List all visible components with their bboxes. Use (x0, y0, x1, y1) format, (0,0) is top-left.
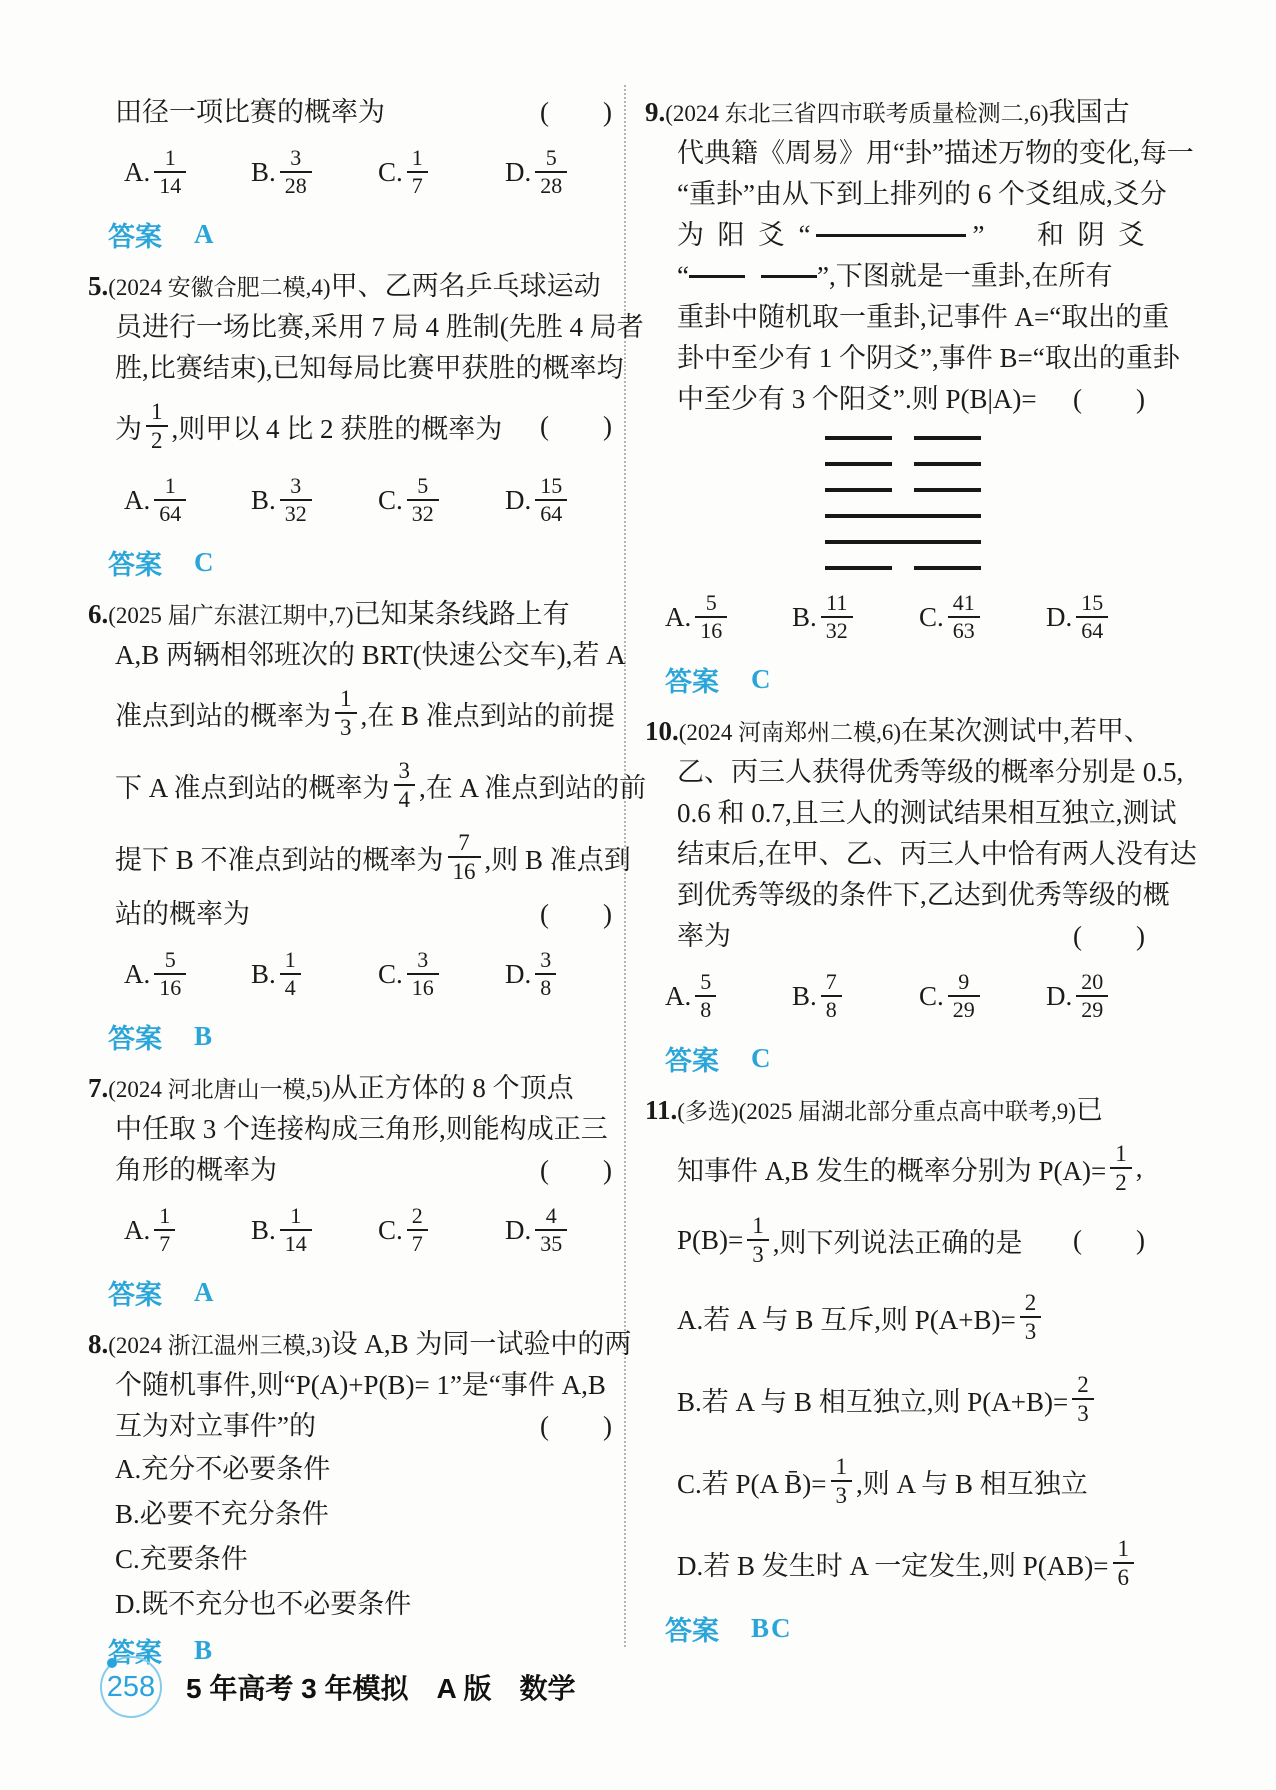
fraction: 532 (407, 473, 439, 527)
p5-option-a: A.164 (124, 473, 251, 527)
fraction: 1564 (1076, 590, 1108, 644)
p8-citation: (2024 浙江温州三模,3) (108, 1325, 330, 1366)
p5-option-d: D.1564 (505, 473, 571, 527)
p10-line-6: 率为() (645, 916, 1145, 957)
p11-option-a: A.若 A 与 B 互斥,则 P(A+B)=23 (645, 1277, 1145, 1357)
answer-label: 答案 (108, 543, 162, 582)
fraction: 516 (154, 947, 186, 1001)
book-subject: 数学 (519, 1667, 575, 1707)
page-number-badge: 258 (100, 1656, 162, 1718)
p7-options: A.17 B.114 C.27 D.435 (88, 1193, 612, 1267)
textbook-page: 田径一项比赛的概率为() A.114 B.328 C.17 D.528 答案A … (0, 0, 1276, 1790)
p4-answer-row: 答案A (88, 211, 612, 257)
answer-label: 答案 (665, 1609, 719, 1648)
p6-options: A.516 B.14 C.316 D.38 (88, 937, 612, 1011)
p4-option-c: C.17 (378, 145, 505, 199)
p8-option-a: A.充分不必要条件 (88, 1447, 612, 1492)
p10-line-2: 乙、丙三人获得优秀等级的概率分别是 0.5, (645, 752, 1145, 793)
problem-9: 9.(2024 东北三省四市联考质量检测二,6)我国古 代典籍《周易》用“卦”描… (645, 92, 1145, 702)
answer-blank-parens: () (540, 1406, 612, 1447)
p4-option-d: D.528 (505, 145, 571, 199)
fraction: 23 (1072, 1371, 1094, 1427)
answer-blank-parens: () (1073, 379, 1145, 420)
p6-option-c: C.316 (378, 947, 505, 1001)
p9-option-b: B.1132 (792, 590, 919, 644)
p7-option-d: D.435 (505, 1203, 571, 1257)
p9-number: 9. (645, 92, 665, 133)
fraction: 17 (407, 145, 428, 199)
p11-number: 11. (645, 1090, 677, 1131)
fraction: 164 (154, 473, 186, 527)
p10-option-a: A.58 (665, 969, 792, 1023)
fraction: 114 (280, 1203, 312, 1257)
p9-line-1: 9.(2024 东北三省四市联考质量检测二,6)我国古 (645, 92, 1145, 133)
fraction: 13 (335, 685, 357, 741)
fraction: 17 (154, 1203, 175, 1257)
p10-option-d: D.2029 (1046, 969, 1112, 1023)
yin-yao-line-left (689, 275, 745, 278)
p11-option-b: B.若 A 与 B 相互独立,则 P(A+B)=23 (645, 1359, 1145, 1439)
hexagram-figure (825, 436, 981, 570)
p11-line-2: 知事件 A,B 发生的概率分别为 P(A)=12, (645, 1133, 1145, 1203)
p5-answer-row: 答案C (88, 539, 612, 585)
p7-number: 7. (88, 1068, 108, 1109)
book-title: 5 年高考 3 年模拟 (186, 1667, 408, 1707)
p9-option-d: D.1564 (1046, 590, 1112, 644)
fraction: 58 (695, 969, 716, 1023)
p4-option-a: A.114 (124, 145, 251, 199)
answer-label: 答案 (108, 1273, 162, 1312)
p6-line-3: 准点到站的概率为13,在 B 准点到站的前提 (88, 678, 612, 748)
p9-options: A.516 B.1132 C.4163 D.1564 (645, 580, 1145, 654)
p6-line-1: 6.(2025 届广东湛江期中,7)已知某条线路上有 (88, 594, 612, 635)
p7-citation: (2024 河北唐山一模,5) (108, 1069, 330, 1110)
page-footer: 258 5 年高考 3 年模拟 A 版 数学 (100, 1656, 575, 1718)
p9-option-c: C.4163 (919, 590, 1046, 644)
p6-citation: (2025 届广东湛江期中,7) (108, 595, 353, 636)
p5-options: A.164 B.332 C.532 D.1564 (88, 463, 612, 537)
p8-number: 8. (88, 1324, 108, 1365)
p5-option-c: C.532 (378, 473, 505, 527)
p9-answer-row: 答案C (645, 656, 1145, 702)
p10-line-4: 结束后,在甲、乙、丙三人中恰有两人没有达 (645, 834, 1145, 875)
answer-value: A (194, 1277, 216, 1308)
p6-line-5: 提下 B 不准点到站的概率为716,则 B 准点到 (88, 822, 612, 892)
answer-blank-parens: () (540, 92, 612, 133)
answer-value: BC (751, 1613, 793, 1644)
p10-option-b: B.78 (792, 969, 919, 1023)
p4-options: A.114 B.328 C.17 D.528 (88, 135, 612, 209)
p10-line-3: 0.6 和 0.7,且三人的测试结果相互独立,测试 (645, 793, 1145, 834)
p11-option-d: D.若 B 发生时 A 一定发生,则 P(AB)=16 (645, 1523, 1145, 1603)
p6-option-d: D.38 (505, 947, 560, 1001)
p9-line-2: 代典籍《周易》用“卦”描述万物的变化,每一 (645, 133, 1145, 174)
fraction: 716 (448, 829, 481, 885)
answer-label: 答案 (108, 1017, 162, 1056)
p7-line-3: 角形的概率为() (88, 1150, 612, 1191)
p7-option-c: C.27 (378, 1203, 505, 1257)
yang-yao-row (825, 514, 981, 518)
p9-line-6: 重卦中随机取一重卦,记事件 A=“取出的重 (645, 297, 1145, 338)
left-column: 田径一项比赛的概率为() A.114 B.328 C.17 D.528 答案A … (88, 92, 612, 1673)
p8-line-1: 8.(2024 浙江温州三模,3)设 A,B 为同一试验中的两 (88, 1324, 612, 1365)
answer-value: C (194, 547, 216, 578)
p6-line-4: 下 A 准点到站的概率为34,在 A 准点到站的前 (88, 750, 612, 820)
fraction: 516 (695, 590, 727, 644)
fraction: 332 (280, 473, 312, 527)
p10-answer-row: 答案C (645, 1035, 1145, 1081)
fraction: 14 (280, 947, 301, 1001)
answer-label: 答案 (665, 660, 719, 699)
fraction: 316 (407, 947, 439, 1001)
p7-option-b: B.114 (251, 1203, 378, 1257)
p10-options: A.58 B.78 C.929 D.2029 (645, 959, 1145, 1033)
fraction: 34 (394, 757, 416, 813)
yin-yao-row (825, 566, 981, 570)
answer-label: 答案 (108, 215, 162, 254)
yin-yao-line-right (761, 275, 817, 278)
problem-8: 8.(2024 浙江温州三模,3)设 A,B 为同一试验中的两 个随机事件,则“… (88, 1324, 612, 1673)
yang-yao-row (825, 540, 981, 544)
fraction: 16 (1113, 1535, 1135, 1591)
p9-option-a: A.516 (665, 590, 792, 644)
p11-citation: (多选)(2025 届湖北部分重点高中联考,9) (677, 1091, 1076, 1132)
p11-option-c: C.若 P(A B̄)=13,则 A 与 B 相互独立 (645, 1441, 1145, 1521)
p7-line-1: 7.(2024 河北唐山一模,5)从正方体的 8 个顶点 (88, 1068, 612, 1109)
p5-line-2: 员进行一场比赛,采用 7 局 4 胜制(先胜 4 局者 (88, 307, 612, 348)
fraction: 1564 (535, 473, 567, 527)
p8-option-c: C.充要条件 (88, 1537, 612, 1582)
p6-line-6: 站的概率为() (88, 894, 612, 935)
yin-yao-row (825, 462, 981, 466)
p10-citation: (2024 河南郑州二模,6) (679, 712, 901, 753)
p9-citation: (2024 东北三省四市联考质量检测二,6) (665, 93, 1048, 134)
yin-yao-row (825, 436, 981, 440)
p7-line-2: 中任取 3 个连接构成三角形,则能构成正三 (88, 1109, 612, 1150)
problem-7: 7.(2024 河北唐山一模,5)从正方体的 8 个顶点 中任取 3 个连接构成… (88, 1068, 612, 1315)
problem-10: 10.(2024 河南郑州二模,6)在某次测试中,若甲、 乙、丙三人获得优秀等级… (645, 711, 1145, 1081)
p11-line-1: 11.(多选)(2025 届湖北部分重点高中联考,9)已 (645, 1090, 1145, 1131)
p9-line-8: 中至少有 3 个阳爻”.则 P(B|A)=() (645, 379, 1145, 420)
problem-11: 11.(多选)(2025 届湖北部分重点高中联考,9)已 知事件 A,B 发生的… (645, 1090, 1145, 1651)
fraction: 13 (831, 1453, 853, 1509)
p9-line-7: 卦中至少有 1 个阴爻”,事件 B=“取出的重卦 (645, 338, 1145, 379)
answer-label: 答案 (665, 1039, 719, 1078)
fraction: 4163 (948, 590, 980, 644)
fraction: 929 (948, 969, 980, 1023)
answer-value: C (751, 1043, 773, 1074)
answer-blank-parens: () (540, 894, 612, 935)
p9-line-4: 为 阳 爻 “”和 阴 爻 (645, 215, 1145, 256)
p9-line-5: “”,下图就是一重卦,在所有 (645, 256, 1145, 297)
p6-option-a: A.516 (124, 947, 251, 1001)
problem-5: 5.(2024 安徽合肥二模,4)甲、乙两名乒乓球运动 员进行一场比赛,采用 7… (88, 266, 612, 585)
p5-line-1: 5.(2024 安徽合肥二模,4)甲、乙两名乒乓球运动 (88, 266, 612, 307)
page-number: 258 (107, 1671, 155, 1704)
fraction: 528 (535, 145, 567, 199)
answer-blank-parens: () (1073, 916, 1145, 957)
p7-option-a: A.17 (124, 1203, 251, 1257)
p4-text: 田径一项比赛的概率为 (115, 92, 385, 133)
p6-line-2: A,B 两辆相邻班次的 BRT(快速公交车),若 A (88, 635, 612, 676)
p5-option-b: B.332 (251, 473, 378, 527)
p11-answer-row: 答案BC (645, 1605, 1145, 1651)
fraction: 435 (535, 1203, 567, 1257)
p8-line-3: 互为对立事件”的() (88, 1406, 612, 1447)
fraction: 23 (1020, 1289, 1042, 1345)
p5-number: 5. (88, 266, 108, 307)
p5-citation: (2024 安徽合肥二模,4) (108, 267, 330, 308)
p6-option-b: B.14 (251, 947, 378, 1001)
p8-line-2: 个随机事件,则“P(A)+P(B)= 1”是“事件 A,B (88, 1365, 612, 1406)
page-badge-dot (107, 1658, 117, 1668)
p9-line-3: “重卦”由从下到上排列的 6 个爻组成,爻分 (645, 174, 1145, 215)
p5-line-4: 为12,则甲以 4 比 2 获胜的概率为() (88, 391, 612, 461)
fraction: 12 (146, 398, 168, 454)
fraction: 12 (1110, 1140, 1132, 1196)
fraction: 78 (821, 969, 842, 1023)
p10-line-1: 10.(2024 河南郑州二模,6)在某次测试中,若甲、 (645, 711, 1145, 752)
book-edition: A 版 (436, 1667, 491, 1707)
answer-value: C (751, 664, 773, 695)
fraction: 13 (747, 1212, 769, 1268)
answer-value: B (194, 1021, 214, 1052)
p10-option-c: C.929 (919, 969, 1046, 1023)
p8-option-d: D.既不充分也不必要条件 (88, 1582, 612, 1627)
fraction: 27 (407, 1203, 428, 1257)
fraction: 328 (280, 145, 312, 199)
footer-title-row: 5 年高考 3 年模拟 A 版 数学 (186, 1667, 575, 1707)
fraction: 1132 (821, 590, 853, 644)
fraction: 114 (154, 145, 186, 199)
answer-blank-parens: () (540, 1150, 612, 1191)
p6-answer-row: 答案B (88, 1013, 612, 1059)
p4-option-b: B.328 (251, 145, 378, 199)
answer-value: A (194, 219, 216, 250)
answer-blank-parens: () (1073, 1225, 1145, 1256)
p6-number: 6. (88, 594, 108, 635)
p10-number: 10. (645, 711, 679, 752)
problem-6: 6.(2025 届广东湛江期中,7)已知某条线路上有 A,B 两辆相邻班次的 B… (88, 594, 612, 1059)
p11-line-3: P(B)=13,则下列说法正确的是() (645, 1205, 1145, 1275)
right-column: 9.(2024 东北三省四市联考质量检测二,6)我国古 代典籍《周易》用“卦”描… (645, 92, 1145, 1651)
p10-line-5: 到优秀等级的条件下,乙达到优秀等级的概 (645, 875, 1145, 916)
answer-blank-parens: () (540, 411, 612, 442)
p5-line-3: 胜,比赛结束),已知每局比赛甲获胜的概率均 (88, 348, 612, 389)
yin-yao-row (825, 488, 981, 492)
fraction: 2029 (1076, 969, 1108, 1023)
fraction: 38 (535, 947, 556, 1001)
yang-yao-line (816, 234, 966, 237)
p4-line-1: 田径一项比赛的概率为() (88, 92, 612, 133)
p8-option-b: B.必要不充分条件 (88, 1492, 612, 1537)
p7-answer-row: 答案A (88, 1269, 612, 1315)
